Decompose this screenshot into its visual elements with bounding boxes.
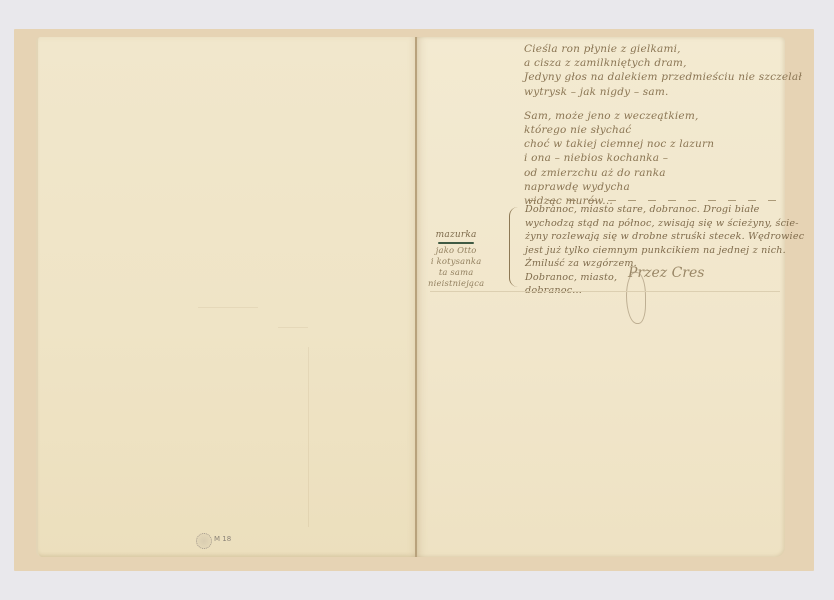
margin-note-line: jako Otto [428, 245, 484, 256]
dashed-rule [528, 200, 788, 201]
poem-line: choć w takiej ciemnej noc z lazurn [524, 137, 802, 151]
curly-brace [509, 207, 518, 287]
faint-mark [308, 347, 309, 527]
prose-line: jest już tylko ciemnym punkcikiem na jed… [525, 244, 804, 258]
prose-block: Dobranoc, miasto stare, dobranoc. Drogi … [525, 203, 804, 298]
prose-line: wychodzą stąd na północ, zwisają się w ś… [525, 217, 804, 231]
poem-block: Cieśla ron płynie z gielkami, a cisza z … [524, 42, 802, 208]
poem-line: naprawdę wydycha [524, 180, 802, 194]
signature-flourish [626, 272, 646, 324]
faint-mark [278, 327, 308, 328]
prose-line: żyny rozlewają się w drobne struśki stec… [525, 230, 804, 244]
page-fold-line [430, 291, 780, 292]
green-underline [438, 242, 474, 244]
margin-note-title: mazurka [428, 230, 484, 241]
margin-note-line: i kotysanka [428, 256, 484, 267]
poem-line: od zmierzchu aż do ranka [524, 166, 802, 180]
margin-note-line: nieistniejąca [428, 278, 484, 289]
margin-note-line: ta sama [428, 267, 484, 278]
library-stamp-icon [196, 533, 212, 549]
faint-mark [198, 307, 258, 308]
poem-line: Cieśla ron płynie z gielkami, [524, 42, 802, 56]
margin-note: mazurka jako Otto i kotysanka ta sama ni… [428, 230, 484, 289]
poem-line: Sam, może jeno z weczeątkiem, [524, 109, 802, 123]
prose-line: Dobranoc, miasto stare, dobranoc. Drogi … [525, 203, 804, 217]
poem-line: którego nie słychać [524, 123, 802, 137]
poem-line: Jedyny głos na dalekiem przedmieściu nie… [524, 70, 802, 84]
poem-line: wytrysk – jak nigdy – sam. [524, 85, 802, 99]
poem-line: a cisza z zamilkniętych dram, [524, 56, 802, 70]
stamp-label: M 18 [214, 535, 231, 543]
poem-line: i ona – niebios kochanka – [524, 151, 802, 165]
left-page [36, 37, 418, 557]
